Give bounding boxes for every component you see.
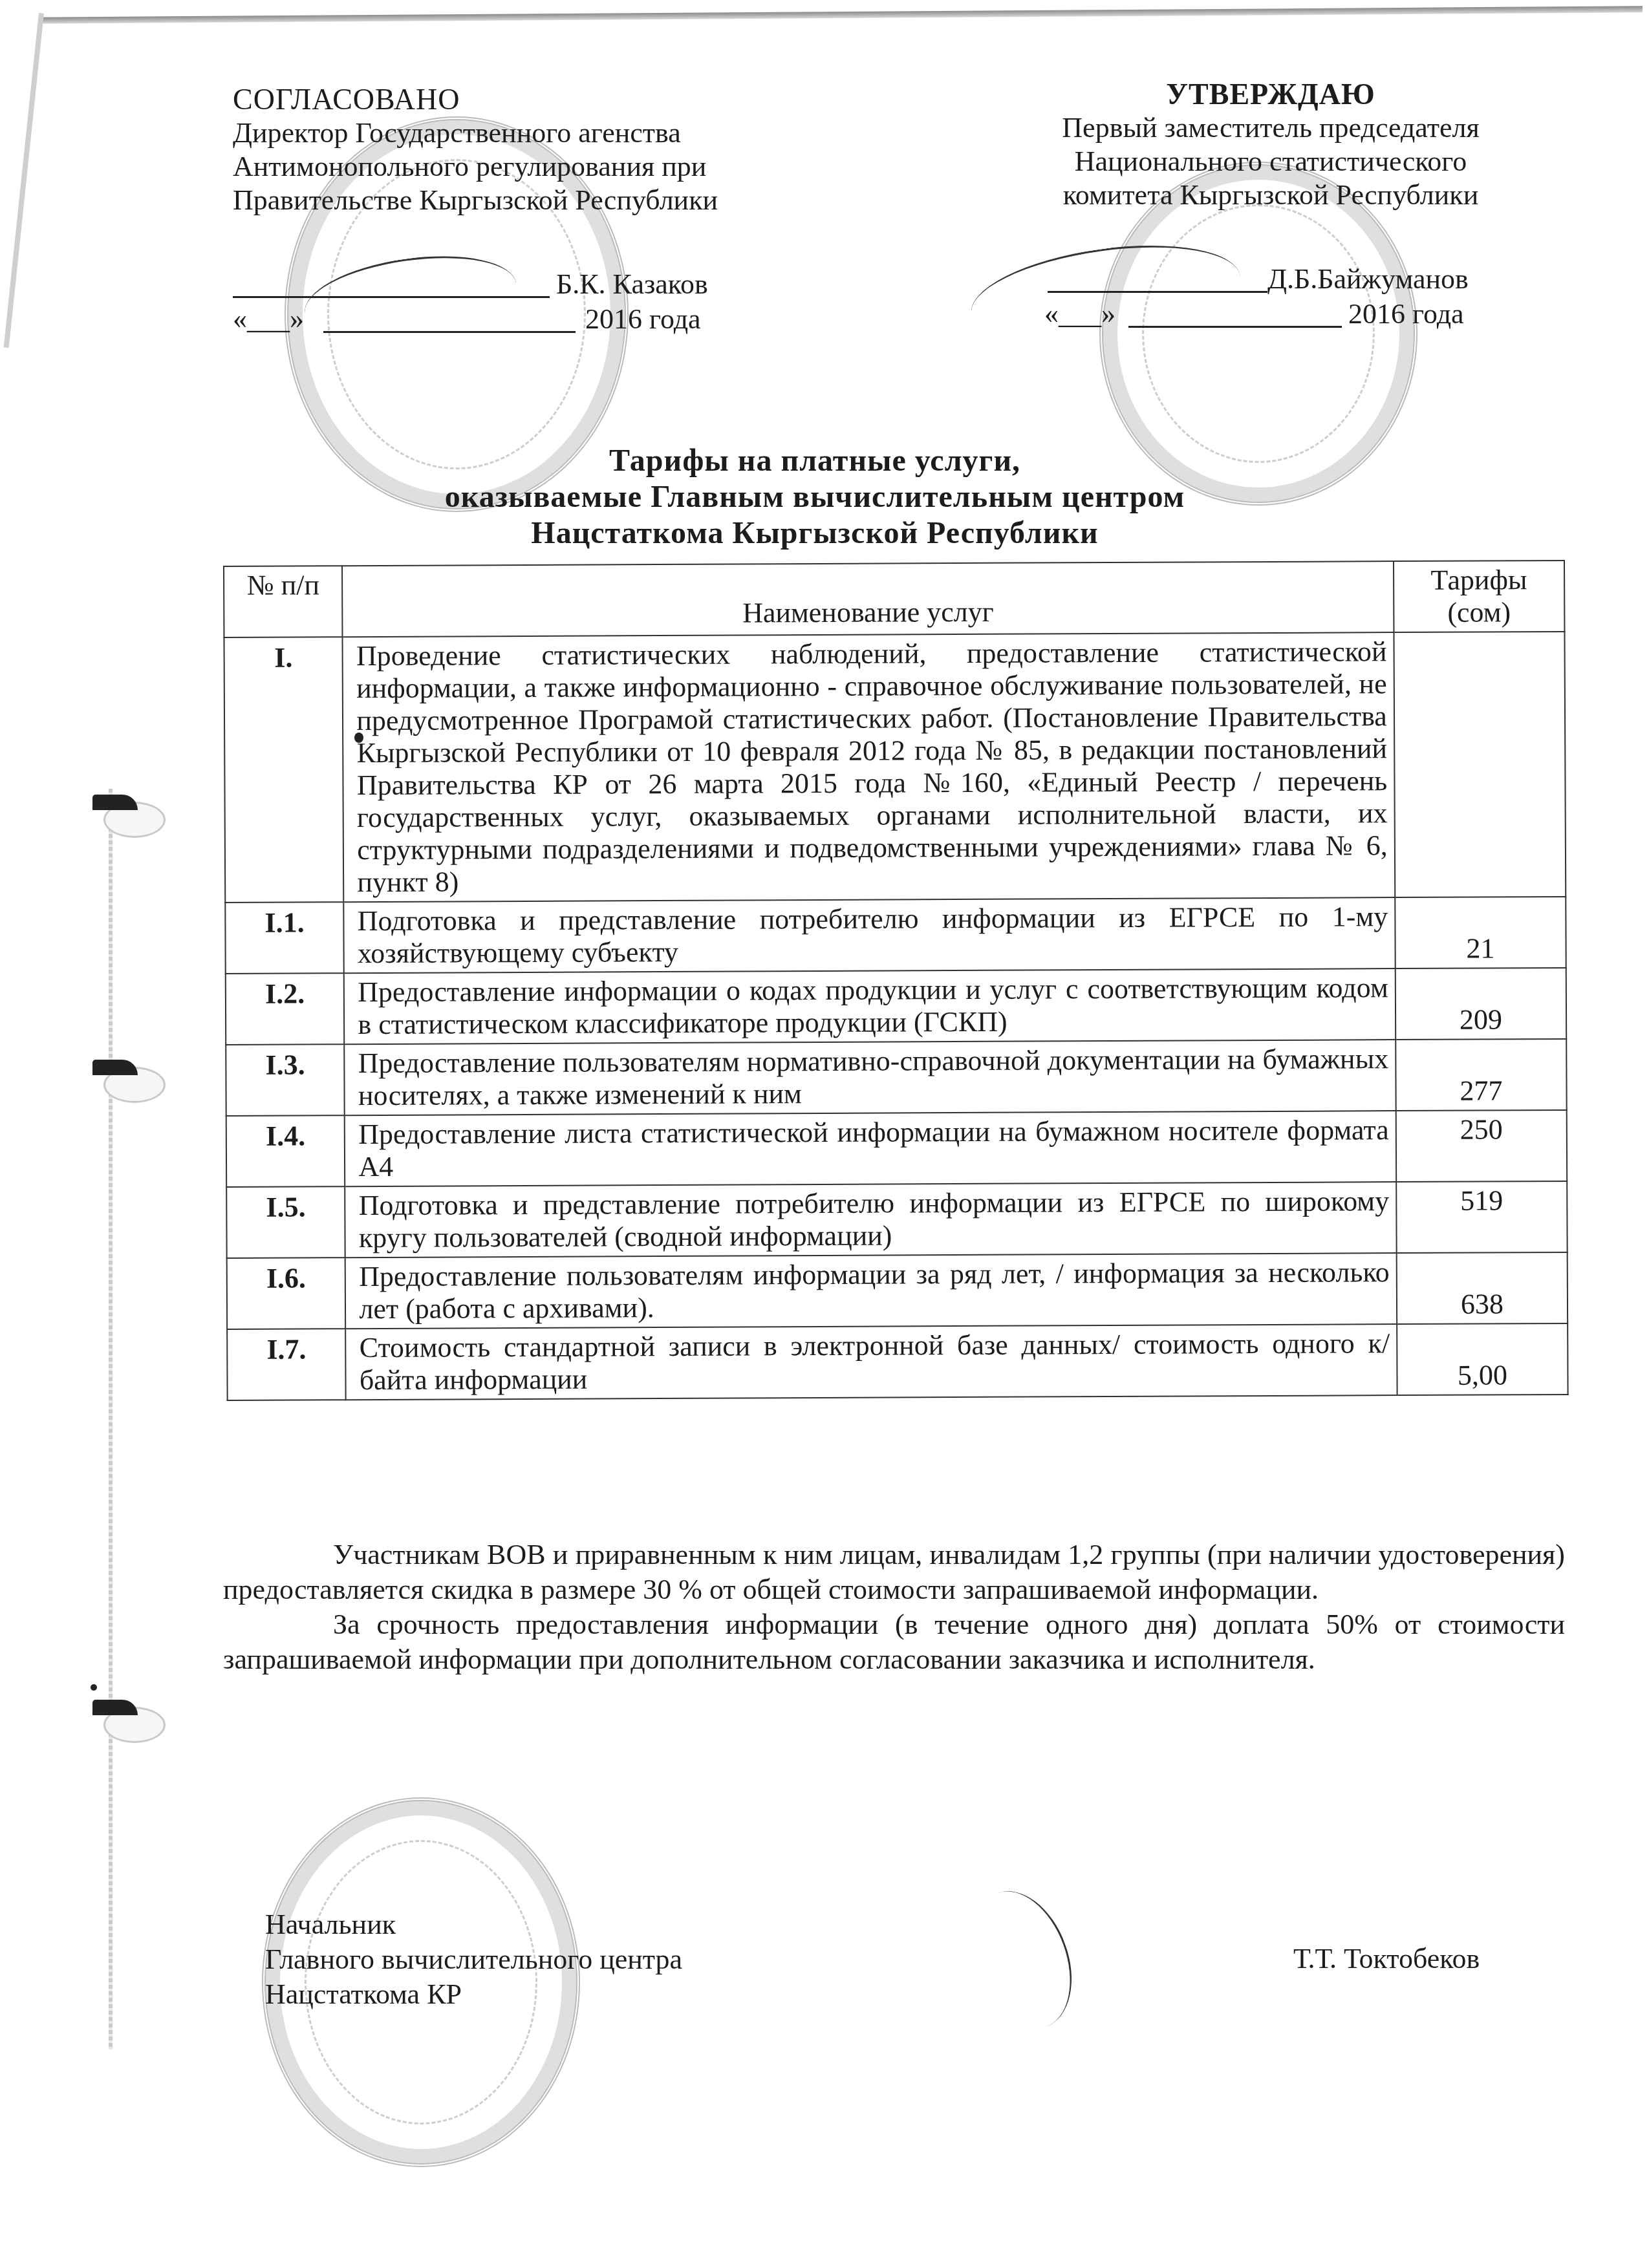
row-tariff: 209	[1396, 968, 1567, 1040]
approval-position-line: Первый заместитель председателя	[996, 111, 1546, 145]
table-row: I.5.Подготовка и представление потребите…	[226, 1181, 1567, 1258]
table-row: I.1.Подготовка и представление потребите…	[225, 897, 1566, 974]
title-line: Нацстаткома Кыргызской Республики	[233, 515, 1397, 551]
header-number: № п/п	[224, 566, 343, 637]
table-header-row: № п/п Наименование услуг Тарифы (сом)	[224, 561, 1564, 637]
approval-position-line: Правительстве Кыргызской Республики	[233, 184, 815, 217]
approval-position-line: Национального статистического	[996, 145, 1546, 178]
row-number: I.7.	[227, 1329, 346, 1400]
signatory-name: Д.Б.Байжуманов	[1267, 262, 1469, 296]
binder-hole-icon	[103, 1067, 166, 1103]
title-line: оказываемые Главным вычислительным центр…	[233, 479, 1397, 515]
footer-signatory-name: Т.Т. Токтобеков	[1293, 1942, 1480, 1975]
title-line: Тарифы на платные услуги,	[233, 443, 1397, 479]
row-number: I.1.	[225, 902, 344, 974]
tariffs-table: № п/п Наименование услуг Тарифы (сом) I.…	[223, 560, 1569, 1401]
row-service-name: Проведение статистических наблюдений, пр…	[343, 632, 1395, 902]
speck	[91, 1684, 97, 1691]
date-day: «___»	[233, 303, 304, 336]
scan-edge-artifact	[39, 6, 1643, 23]
row-service-name: Подготовка и представление потребителю и…	[344, 897, 1396, 973]
row-service-name: Предоставление пользователям нормативно-…	[345, 1040, 1396, 1115]
table-row: I.3.Предоставление пользователям нормати…	[226, 1039, 1566, 1116]
table-row: I.6.Предоставление пользователям информа…	[227, 1252, 1568, 1329]
signatory-name: Б.К. Казаков	[556, 268, 708, 301]
document-title: Тарифы на платные услуги, оказываемые Гл…	[233, 443, 1397, 551]
binder-hole-icon	[103, 1707, 166, 1743]
approval-position-line: Антимонопольного регулирования при	[233, 150, 815, 184]
handwritten-signature-icon	[954, 1878, 1090, 2043]
header-tariff: Тарифы (сом)	[1394, 561, 1565, 632]
table-row: I.7.Стоимость стандартной записи в элект…	[227, 1323, 1568, 1400]
footer-line: Главного вычислительного центра	[265, 1942, 682, 1977]
row-service-name: Стоимость стандартной записи в электронн…	[345, 1324, 1397, 1400]
footer-line: Нацстаткома КР	[265, 1977, 682, 2012]
scan-edge-artifact	[4, 13, 44, 348]
approval-heading: УТВЕРЖДАЮ	[996, 78, 1546, 111]
row-service-name: Подготовка и представление потребителю и…	[345, 1182, 1397, 1257]
row-service-name: Предоставление листа статистической инфо…	[345, 1111, 1396, 1186]
approval-position-line: комитета Кыргызской Республики	[996, 178, 1546, 212]
row-service-name: Предоставление информации о кодах продук…	[344, 968, 1396, 1044]
row-service-name: Предоставление пользователям информации …	[345, 1253, 1397, 1329]
row-tariff: 277	[1396, 1039, 1567, 1111]
binder-margin-artifact	[109, 789, 113, 2049]
row-number: I.	[224, 637, 343, 903]
row-tariff	[1394, 632, 1566, 897]
note-discount: Участникам ВОВ и приравненным к ним лица…	[223, 1537, 1565, 1607]
row-number: I.4.	[226, 1115, 345, 1187]
row-number: I.2.	[226, 973, 345, 1045]
row-tariff: 21	[1395, 897, 1566, 968]
table-row: I.2.Предоставление информации о кодах пр…	[226, 968, 1566, 1045]
table-row: I.Проведение статистических наблюдений, …	[224, 632, 1566, 903]
row-tariff: 638	[1396, 1252, 1568, 1324]
date-year: 2016 года	[585, 303, 701, 336]
footer-line: Начальник	[265, 1907, 682, 1942]
row-number: I.6.	[227, 1257, 346, 1329]
approval-heading: СОГЛАСОВАНО	[233, 83, 815, 116]
row-number: I.3.	[226, 1044, 345, 1116]
note-urgency: За срочность предоставления информации (…	[223, 1607, 1565, 1677]
row-tariff: 5,00	[1397, 1323, 1568, 1395]
row-tariff: 519	[1396, 1181, 1568, 1253]
binder-hole-icon	[103, 802, 166, 838]
tariff-notes: Участникам ВОВ и приравненным к ним лица…	[223, 1537, 1565, 1677]
row-number: I.5.	[226, 1186, 345, 1258]
table-row: I.4.Предоставление листа статистической …	[226, 1110, 1567, 1187]
date-year: 2016 года	[1348, 297, 1464, 331]
row-tariff: 250	[1396, 1110, 1568, 1182]
approval-position-line: Директор Государственного агенства	[233, 116, 815, 150]
footer-signatory-position: Начальник Главного вычислительного центр…	[265, 1907, 682, 2012]
header-service-name: Наименование услуг	[342, 561, 1394, 637]
